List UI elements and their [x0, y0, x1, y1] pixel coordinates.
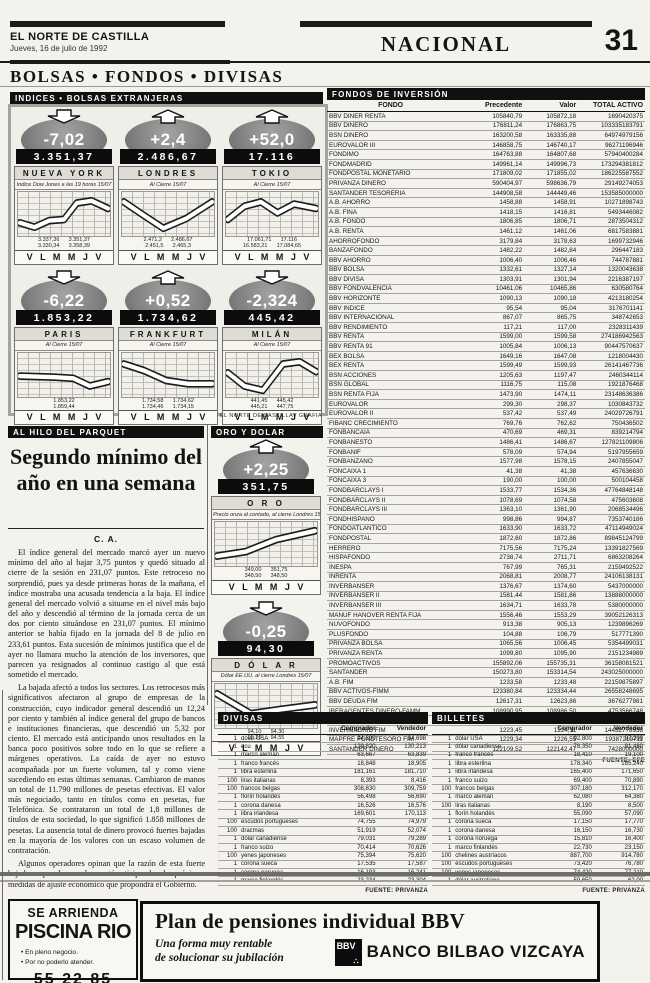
table-cell: 1065,56	[454, 639, 524, 649]
table-cell: 1090,18	[524, 294, 578, 304]
bbv-slogan: Una forma muy rentable de solucionar su …	[155, 937, 284, 966]
table-cell: 7353740186	[578, 514, 645, 524]
table-cell: 5493446082	[578, 207, 645, 217]
table-cell: 475603608	[578, 495, 645, 505]
table-cell: 63,667	[327, 751, 377, 759]
table-cell: 17,535	[327, 860, 377, 868]
table-cell: 1553,29	[524, 610, 578, 620]
table-cell: 17,150	[543, 818, 594, 826]
table-cell: franco suizo	[239, 843, 327, 851]
table-row: 1florín holandés56,49856,690	[218, 793, 428, 801]
table-cell: 1486,41	[454, 438, 524, 448]
table-cell: BBV RENTA 91	[327, 342, 454, 352]
table-cell: 2873504312	[578, 217, 645, 227]
table-cell: 2460344114	[578, 371, 645, 381]
table-cell: corona sueca	[453, 818, 542, 826]
table-cell: 750436502	[578, 419, 645, 429]
table-row: 1franco suizo70,41470,626	[218, 843, 428, 851]
table-row: 1franco francés18,41019,100	[432, 751, 645, 759]
table-cell: BANZAFONDO	[327, 246, 454, 256]
table-cell: 2711,71	[524, 553, 578, 563]
table-cell: BBV RENDIMIENTO	[327, 323, 454, 333]
table-cell: 47114949024	[578, 524, 645, 534]
table-cell: 17,770	[594, 818, 645, 826]
table-row: 100liras italianas8,3938,416	[218, 776, 428, 784]
billetes-table-wrap: Comprador Vendedor 1dólar USA92,80097,20…	[432, 724, 645, 894]
table-cell: 56,690	[378, 793, 428, 801]
article-paragraph: El índice general del mercado marcó ayer…	[8, 548, 205, 680]
table-row: INVERBANSER III1634,711633,785380000000	[327, 601, 645, 611]
table-cell: PROMOACTIVOS	[327, 658, 454, 668]
table-cell: BBV DIVISA	[327, 275, 454, 285]
table-cell: 1	[218, 743, 239, 751]
table-cell: 144908,58	[454, 188, 524, 198]
table-cell: FIBANC CRECIMIENTO	[327, 419, 454, 429]
table-cell: 1	[432, 835, 453, 843]
table-row: BBV RENTA1599,001599,58274186942563	[327, 332, 645, 342]
table-cell: A.B. FONDO	[327, 217, 454, 227]
column-header: Vendedor	[378, 724, 428, 735]
table-cell: 100	[218, 776, 239, 784]
oro-title: O R O	[212, 497, 320, 510]
table-cell: 97,200	[594, 735, 645, 743]
table-cell: 2407855047	[578, 457, 645, 467]
table-cell: 12617,31	[454, 697, 524, 707]
table-cell: 994,87	[524, 514, 578, 524]
table-row: INVERBANSER II1581,441581,8613888000000	[327, 591, 645, 601]
table-cell: 164807,68	[524, 150, 578, 160]
table-cell: PRIVANZA DINERO	[327, 179, 454, 189]
table-cell: 1303,91	[454, 275, 524, 285]
arrow-down-icon	[14, 109, 114, 124]
table-cell: 1	[218, 760, 239, 768]
table-row: PLUSFONDO104,88106,79517771390	[327, 630, 645, 640]
table-cell: 100,00	[524, 476, 578, 486]
table-cell: 90447570637	[578, 342, 645, 352]
index-city: FRANKFURT	[119, 328, 217, 341]
table-cell: 1	[432, 776, 453, 784]
table-row: BBV DINERO176811,24176863,75103335183791	[327, 121, 645, 131]
table-cell: 100	[218, 785, 239, 793]
table-cell: 36158081521	[578, 658, 645, 668]
bbv-slogan-line: Una forma muy rentable	[155, 937, 284, 951]
table-cell: 94,300	[327, 735, 377, 743]
table-row: 1corona sueca17,15017,770	[432, 818, 645, 826]
table-cell: 1474,11	[524, 390, 578, 400]
table-cell: SANTANDER	[327, 668, 454, 678]
table-row: MANUF HANOVER RENTA FIJA1556,461553,2939…	[327, 610, 645, 620]
table-row: BBV AHORRO1006,401006,46744787881	[327, 255, 645, 265]
table-cell: libra esterlina	[239, 768, 327, 776]
table-cell: 744787881	[578, 255, 645, 265]
table-cell: 78,350	[543, 743, 594, 751]
table-cell: EUROVALOR	[327, 399, 454, 409]
table-cell: 79,289	[378, 835, 428, 843]
table-cell: 537,49	[524, 409, 578, 419]
table-cell: 153314,54	[524, 668, 578, 678]
table-row: FONDBARCLAYS I1533,771534,3647764848148	[327, 486, 645, 496]
table-cell: yenes japoneses	[239, 852, 327, 860]
table-cell: 23148636386	[578, 390, 645, 400]
table-row: A.B. FIM1233,581233,4822159875897	[327, 678, 645, 688]
weekday-axis: V L M M J V	[119, 250, 217, 264]
index-value: 3.351,37	[16, 149, 112, 164]
table-row: EUROVALOR III146858,75146740,17962711969…	[327, 140, 645, 150]
table-cell: 1534,36	[524, 486, 578, 496]
table-cell: 173294381812	[578, 159, 645, 169]
table-cell: 169,601	[327, 810, 377, 818]
table-cell: 181,710	[378, 768, 428, 776]
table-cell: 149961,14	[454, 159, 524, 169]
table-cell: 73,420	[543, 860, 594, 868]
table-cell: 1363,10	[454, 505, 524, 515]
table-cell: 500104458	[578, 476, 645, 486]
table-cell: 1006,46	[524, 255, 578, 265]
article-headline: Segundo mínimo del año en una semana	[8, 444, 204, 496]
table-cell: 769,76	[454, 419, 524, 429]
arrow-down-icon	[222, 270, 322, 285]
table-cell: 308,830	[327, 785, 377, 793]
table-row: EUROVALOR II537,42537,4924029726791	[327, 409, 645, 419]
page-number: 31	[605, 24, 638, 58]
table-cell: 590404,97	[454, 179, 524, 189]
graphic-credit: EL NORTE DE CASTILLA / GRAFIA	[10, 413, 322, 419]
table-cell: 181,161	[327, 768, 377, 776]
table-cell: 1006,40	[454, 255, 524, 265]
column-header	[239, 724, 327, 735]
table-cell: BBV BOLSA	[327, 265, 454, 275]
table-cell: 1482,84	[524, 246, 578, 256]
masthead-rule-center	[300, 21, 592, 27]
index-subtitle: Al Cierre 15/07	[223, 180, 321, 190]
table-cell: FONBANIF	[327, 447, 454, 457]
table-row: 1franco francés18,84818,905	[218, 760, 428, 768]
masthead: EL NORTE DE CASTILLA Jueves, 16 de julio…	[10, 31, 149, 53]
table-cell: franco suizo	[453, 776, 542, 784]
arrow-up-icon	[118, 270, 218, 285]
table-cell: 1482,22	[454, 246, 524, 256]
table-cell: 1	[432, 818, 453, 826]
table-cell: 104,88	[454, 630, 524, 640]
table-cell: 1581,86	[524, 591, 578, 601]
table-cell: 19,100	[594, 751, 645, 759]
oro-subtitle: Precio onza al contado, al cierre Londre…	[212, 510, 320, 520]
table-cell: INVERBANSER II	[327, 591, 454, 601]
table-row: SANTANDER TESORERIA144908,58144449,46153…	[327, 188, 645, 198]
table-cell: 2151234989	[578, 649, 645, 659]
table-row: 100dracmas51,91952,074	[218, 827, 428, 835]
table-cell: 176863,75	[524, 121, 578, 131]
table-row: BEX BOLSA1649,161647,081218004430	[327, 351, 645, 361]
table-cell: 1806,85	[454, 217, 524, 227]
table-row: FONDIMO164763,88164807,6857940400284	[327, 150, 645, 160]
table-cell: 2328311439	[578, 323, 645, 333]
table-cell: 150273,80	[454, 668, 524, 678]
table-cell: 100	[218, 852, 239, 860]
table-cell: ecu	[239, 743, 327, 751]
oro-dolar-column: +2,25 351,75 O R O Precio onza al contad…	[211, 439, 321, 756]
table-cell: 1	[218, 843, 239, 851]
table-cell: 1197,47	[524, 371, 578, 381]
table-cell: marco finlandés	[453, 843, 542, 851]
table-cell: 1	[218, 735, 239, 743]
table-cell: 1116,75	[454, 380, 524, 390]
table-cell: 74,755	[327, 818, 377, 826]
sparkline-outline	[20, 201, 108, 227]
table-cell: 171809,02	[454, 169, 524, 179]
table-cell: 26558248695	[578, 687, 645, 697]
table-cell: 96271196946	[578, 140, 645, 150]
fondos-table: FONDO Precedente Valor TOTAL ACTIVO BBV …	[327, 101, 645, 755]
table-cell: 24106138131	[578, 572, 645, 582]
table-cell: 1633,78	[524, 601, 578, 611]
table-row: 1corona danesa16,15016,730	[432, 827, 645, 835]
table-cell: 74,979	[378, 818, 428, 826]
table-cell: 75,620	[378, 852, 428, 860]
table-cell: 1	[432, 760, 453, 768]
table-cell: 178,340	[543, 760, 594, 768]
table-cell: FONDPOSTAL	[327, 534, 454, 544]
table-row: 1libra esterlina178,340185,240	[432, 760, 645, 768]
ad-phone: 55 22 85	[13, 971, 133, 983]
table-cell: 905,13	[524, 620, 578, 630]
table-cell: dólar USA	[239, 735, 327, 743]
table-cell: 95,54	[454, 303, 524, 313]
billetes-header-bar: BILLETES	[432, 712, 645, 724]
table-cell: 129,820	[327, 743, 377, 751]
table-cell: FONBANCAIA	[327, 428, 454, 438]
table-row: 1marco alemán62,08064,380	[432, 793, 645, 801]
fondos-header-row: FONDO Precedente Valor TOTAL ACTIVO	[327, 101, 645, 112]
table-row: SANTANDER150273,80153314,54243025000000	[327, 668, 645, 678]
table-cell: 41,38	[454, 466, 524, 476]
table-cell: 767,99	[454, 562, 524, 572]
table-row: BBV RENDIMIENTO117,21117,002328311439	[327, 323, 645, 333]
table-cell: EUROVALOR II	[327, 409, 454, 419]
indices-frame: -7,02 3.351,37 NUEVA YORK Indice Dow Jon…	[8, 104, 328, 416]
paper-name: EL NORTE DE CASTILLA	[10, 31, 149, 43]
table-row: 1dólar canadiense79,03179,289	[218, 835, 428, 843]
table-row: PRIVANZA BOLSA1065,561006,455354499031	[327, 639, 645, 649]
table-cell: 7175,24	[524, 543, 578, 553]
table-cell: AHORROFONDO	[327, 236, 454, 246]
table-cell: FONDOATLANTICO	[327, 524, 454, 534]
table-cell: 1461,06	[524, 227, 578, 237]
table-cell: 887,700	[543, 852, 594, 860]
table-cell: FONDMADRID	[327, 159, 454, 169]
table-cell: 865,75	[524, 313, 578, 323]
article-paragraph: La bajada afectó a todos los sectores. L…	[8, 683, 205, 856]
table-cell: libra irlandesa	[239, 810, 327, 818]
table-cell: 1218004430	[578, 351, 645, 361]
weekday-axis: V L M M J V	[223, 250, 321, 264]
table-cell: 1361,90	[524, 505, 578, 515]
table-cell: BBV FONDVALENCIA	[327, 284, 454, 294]
table-cell: 5354499031	[578, 639, 645, 649]
table-row: 1marco alemán63,66763,839	[218, 751, 428, 759]
table-cell: 1	[432, 743, 453, 751]
table-cell: 190,00	[454, 476, 524, 486]
table-cell: 1921876468	[578, 380, 645, 390]
table-cell: 4213180254	[578, 294, 645, 304]
table-cell: BEX BOLSA	[327, 351, 454, 361]
table-cell: BBV HORIZONTE	[327, 294, 454, 304]
table-cell: FONDIMO	[327, 150, 454, 160]
table-cell: 1	[218, 860, 239, 868]
table-cell: 1074,58	[524, 495, 578, 505]
table-cell: 1030843732	[578, 399, 645, 409]
table-cell: 3178,63	[524, 236, 578, 246]
table-cell: 8,500	[594, 802, 645, 810]
table-cell: FONCAIXA 1	[327, 466, 454, 476]
table-cell: 1090,13	[454, 294, 524, 304]
table-row: FONDBARCLAYS II1078,691074,58475603608	[327, 495, 645, 505]
table-cell: dólar USA	[453, 735, 542, 743]
table-cell: 57940400284	[578, 150, 645, 160]
table-cell: BSN GLOBAL	[327, 380, 454, 390]
table-cell: 1633,72	[524, 524, 578, 534]
table-cell: 105840,79	[454, 112, 524, 122]
table-cell: FONDBARCLAYS III	[327, 505, 454, 515]
table-cell: 155892,06	[454, 658, 524, 668]
table-cell: NUVOFONDO	[327, 620, 454, 630]
table-row: FIBANC CRECIMIENTO769,76762,62750436502	[327, 419, 645, 429]
table-cell: corona danesa	[239, 802, 327, 810]
table-cell: 63,839	[378, 751, 428, 759]
indices-header-bar: INDICES • BOLSAS EXTRANJERAS	[10, 92, 323, 104]
table-cell: 1599,58	[524, 332, 578, 342]
table-cell: 62,080	[543, 793, 594, 801]
table-cell: 1	[432, 843, 453, 851]
table-cell: 243025000000	[578, 668, 645, 678]
table-cell: 186225587552	[578, 169, 645, 179]
divisas-header-row: Comprador Vendedor	[218, 724, 428, 735]
table-cell: 867,07	[454, 313, 524, 323]
table-row: 100liras italianas8,1908,500	[432, 802, 645, 810]
table-row: 1corona noruega15,81016,400	[432, 835, 645, 843]
index-city: MILÁN	[223, 328, 321, 341]
table-row: 1libra esterlina181,161181,710	[218, 768, 428, 776]
table-cell: 2068534496	[578, 505, 645, 515]
table-row: BBV FONDVALENCIA10461,0610465,8663058076…	[327, 284, 645, 294]
table-cell: 537,42	[454, 409, 524, 419]
index-sparkline	[121, 191, 215, 237]
paper-date: Jueves, 16 de julio de 1992	[10, 44, 149, 53]
divisas-header-bar: DIVISAS	[218, 712, 428, 724]
table-row: HERRERO7175,567175,2413391827569	[327, 543, 645, 553]
table-cell: 1461,12	[454, 227, 524, 237]
table-row: 1corona danesa16,52616,576	[218, 802, 428, 810]
table-cell: 22,730	[543, 843, 594, 851]
table-cell: 1599,49	[454, 361, 524, 371]
table-cell: 2738,74	[454, 553, 524, 563]
article-kicker-bar: AL HILO DEL PARQUET	[8, 426, 204, 438]
table-cell: 1418,15	[454, 207, 524, 217]
table-cell: 29149274053	[578, 179, 645, 189]
table-row: 100francos belgas308,830309,759	[218, 785, 428, 793]
table-cell: 1473,90	[454, 390, 524, 400]
weekday-axis: V L M M J V	[15, 250, 113, 264]
index-box-paris: -6,22 1.853,22 PARIS Al Cierre 15/07 1.8…	[14, 270, 114, 426]
table-cell: BSN RENTA FIJA	[327, 390, 454, 400]
table-cell: 100	[218, 827, 239, 835]
table-row: PRIVANZA DINERO590404,97598636,792914927…	[327, 179, 645, 189]
table-cell: 41,38	[524, 466, 578, 476]
table-cell: BSN ACCIONES	[327, 371, 454, 381]
table-cell: 10461,06	[454, 284, 524, 294]
table-cell: 75,394	[327, 852, 377, 860]
table-cell: florín holandés	[239, 793, 327, 801]
fondos-header-bar: FONDOS DE INVERSIÓN	[327, 88, 645, 100]
index-sparkline	[121, 352, 215, 398]
table-cell: 1	[218, 793, 239, 801]
table-cell: 170,113	[378, 810, 428, 818]
arrow-down-icon	[211, 601, 321, 616]
divider	[0, 880, 650, 882]
table-cell: 2159492522	[578, 562, 645, 572]
column-header: Comprador	[327, 724, 377, 735]
table-row: BBV DIVISA1303,911301,942216387197	[327, 275, 645, 285]
fondos-table-wrap: FONDO Precedente Valor TOTAL ACTIVO BBV …	[327, 101, 645, 764]
table-cell: 1233,48	[524, 678, 578, 688]
table-cell: 52,074	[378, 827, 428, 835]
table-cell: 81,480	[594, 743, 645, 751]
table-cell: 6863208264	[578, 553, 645, 563]
index-city: PARIS	[15, 328, 113, 341]
table-row: NUVOFONDO913,38905,131239896269	[327, 620, 645, 630]
table-cell: 1699732946	[578, 236, 645, 246]
table-cell: 3176701141	[578, 303, 645, 313]
table-cell: 10271898743	[578, 198, 645, 208]
table-row: BBV INDICE95,5495,043176701141	[327, 303, 645, 313]
article-body: El índice general del mercado marcó ayer…	[8, 548, 205, 898]
table-cell: A.B. AHORRO	[327, 198, 454, 208]
table-cell: BBV DINERO	[327, 121, 454, 131]
table-row: INVERBANSER1376,671374,605437000000	[327, 582, 645, 592]
table-cell: 70,626	[378, 843, 428, 851]
index-subtitle: Indice Dow Jones a las 19 horas 15/07	[15, 180, 113, 190]
bbv-brand: BBV BANCO BILBAO VIZCAYA	[335, 939, 585, 966]
table-cell: 100	[432, 802, 453, 810]
billetes-table: Comprador Vendedor 1dólar USA92,80097,20…	[432, 724, 645, 886]
table-cell: EUROVALOR III	[327, 140, 454, 150]
table-row: HISPAFONDO2738,742711,716863208264	[327, 553, 645, 563]
table-cell: 1416,81	[524, 207, 578, 217]
table-cell: 1	[218, 810, 239, 818]
dolar-title: D Ó L A R	[212, 659, 320, 672]
table-cell: 94,698	[378, 735, 428, 743]
table-row: FONDBARCLAYS III1363,101361,902068534496	[327, 505, 645, 515]
table-cell: 762,62	[524, 419, 578, 429]
table-cell: 5197955659	[578, 447, 645, 457]
column-header: Comprador	[543, 724, 594, 735]
table-cell: corona sueca	[239, 860, 327, 868]
ad-line2: PISCINA RIO	[13, 921, 133, 944]
table-row: BBV RENTA 911005,841006,1390447570637	[327, 342, 645, 352]
column-header	[432, 724, 453, 735]
table-cell: 95,04	[524, 303, 578, 313]
table-cell: 2008,77	[524, 572, 578, 582]
table-cell: 10465,86	[524, 284, 578, 294]
table-cell: 18,905	[378, 760, 428, 768]
table-cell: 5437000000	[578, 582, 645, 592]
table-cell: dracmas	[239, 827, 327, 835]
table-cell: 144449,46	[524, 188, 578, 198]
table-cell: 100	[218, 818, 239, 826]
table-row: BBV HORIZONTE1090,131090,184213180254	[327, 294, 645, 304]
table-cell: 1578,15	[524, 457, 578, 467]
table-cell: 1078,69	[454, 495, 524, 505]
